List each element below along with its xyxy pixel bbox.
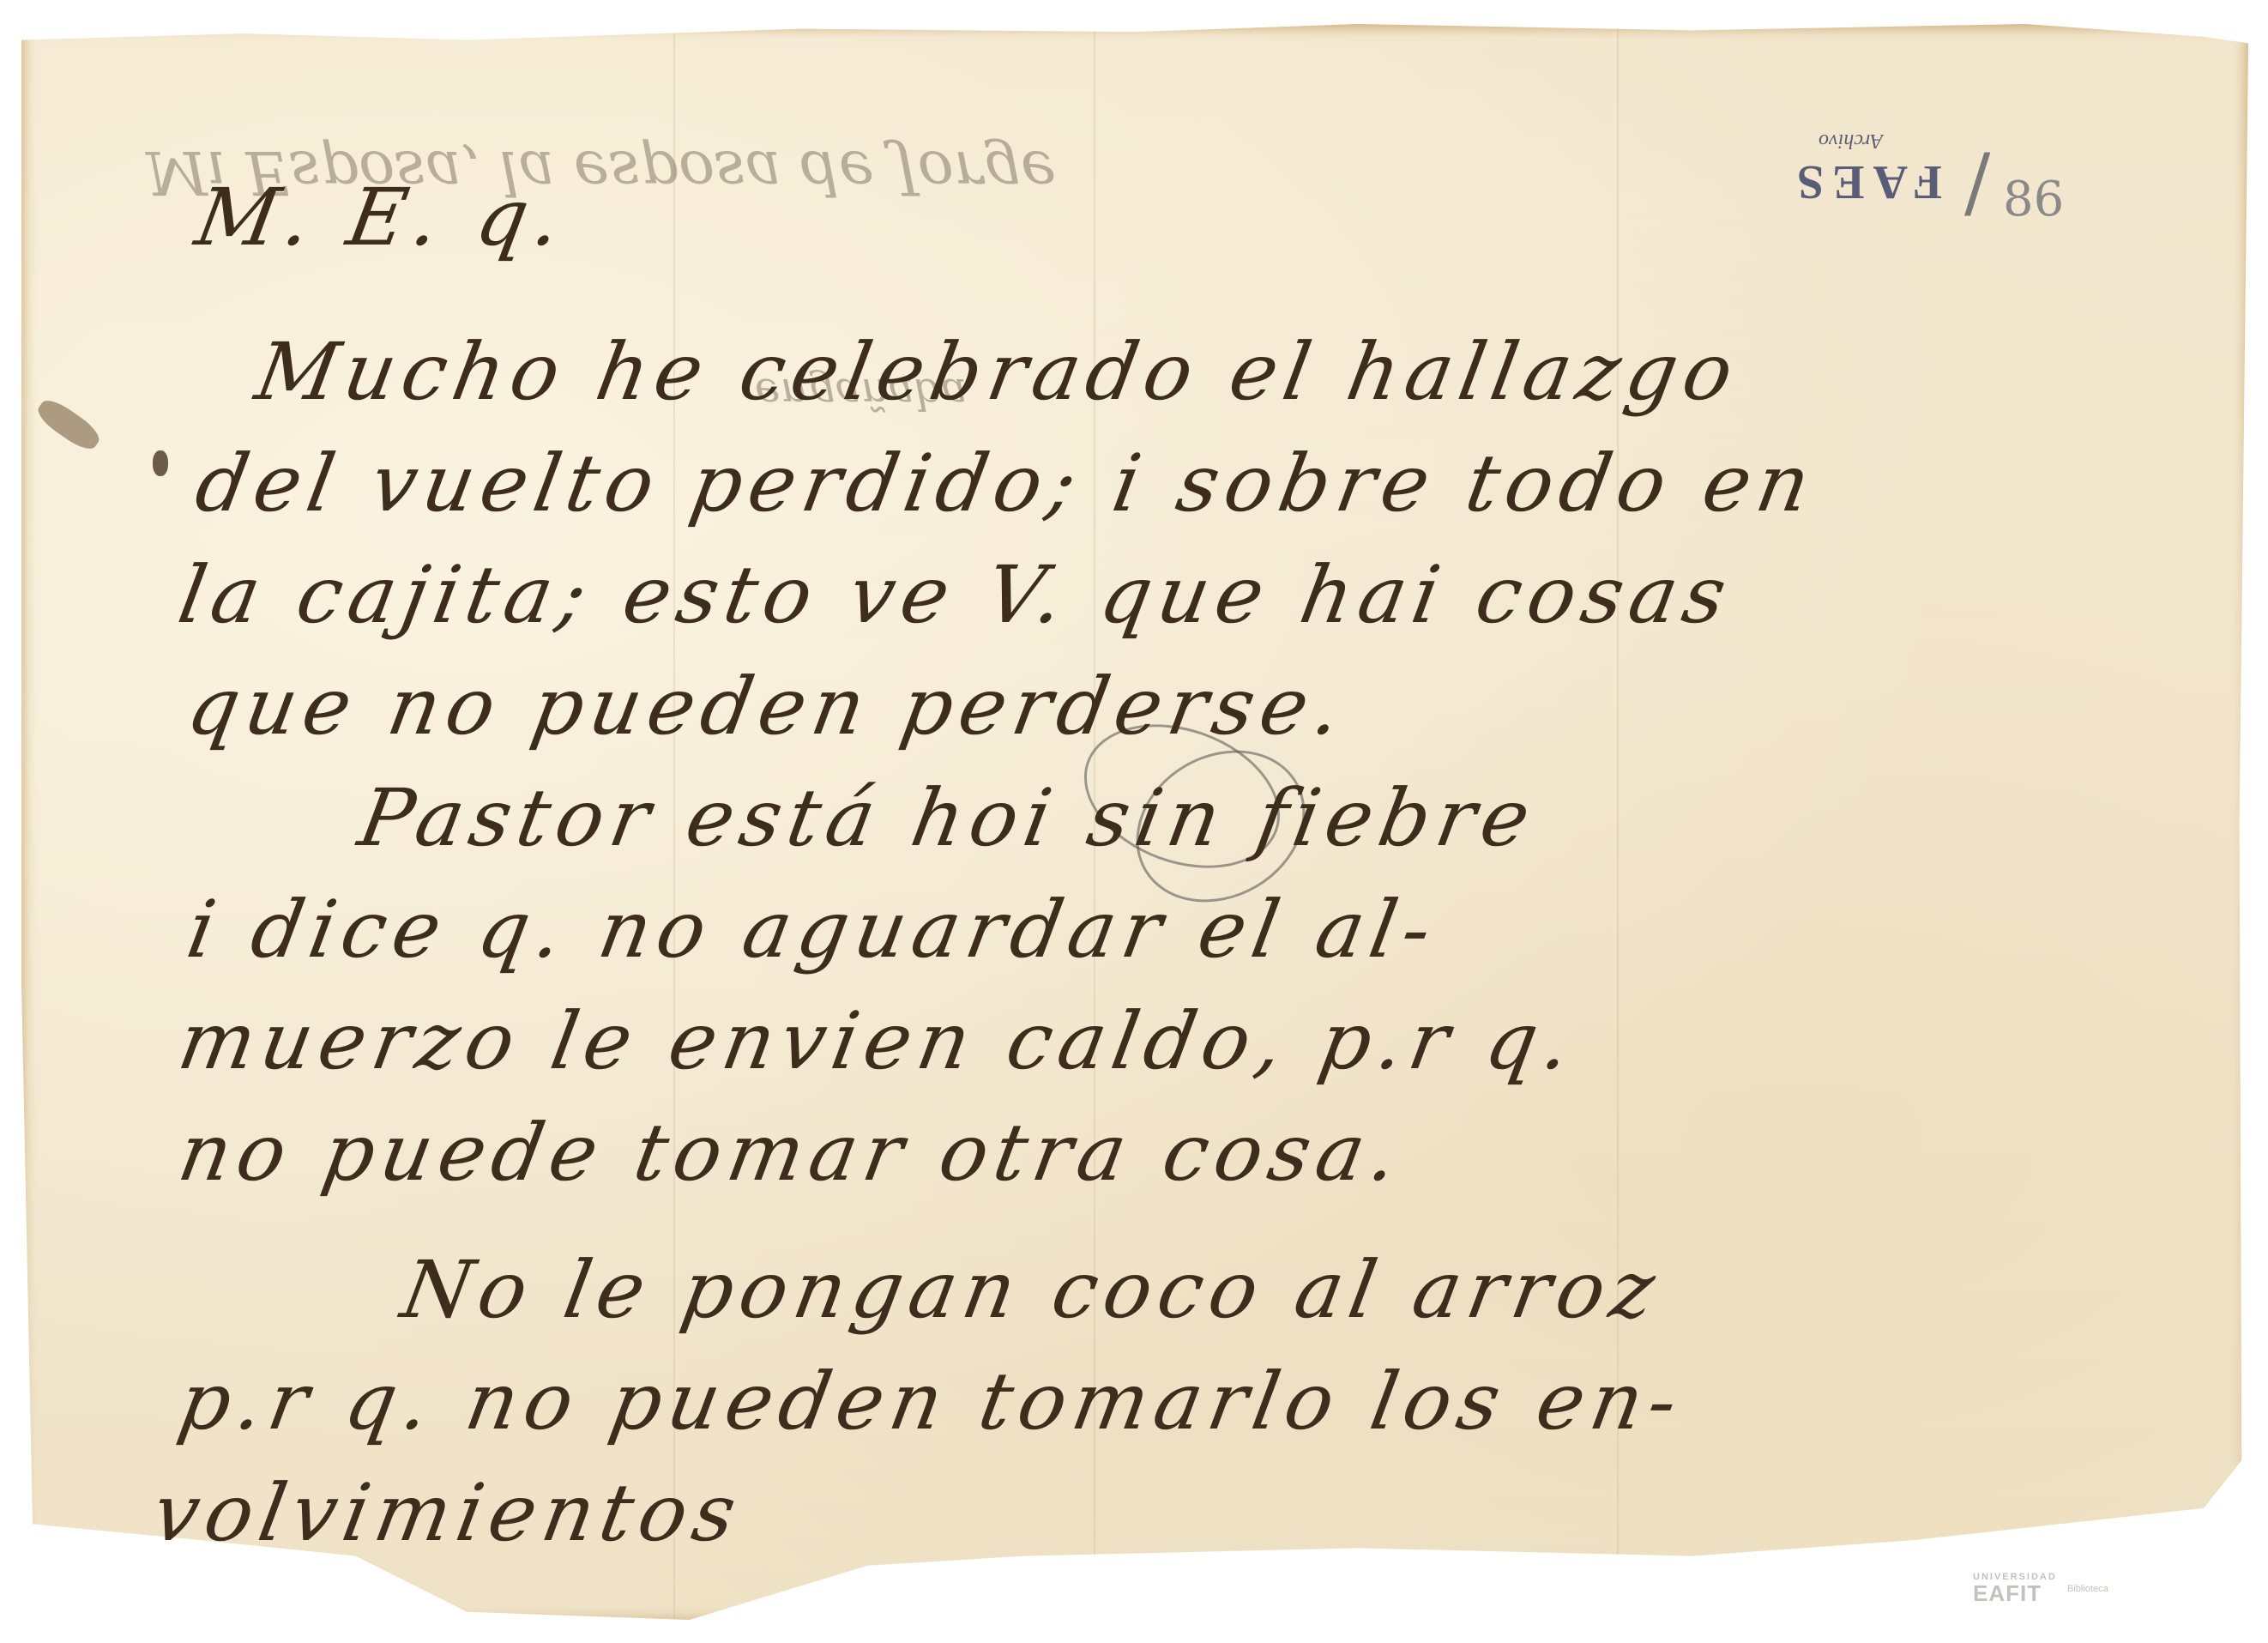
library-watermark: UNIVERSIDAD EAFIT Biblioteca <box>1973 1573 2057 1604</box>
letter-line: la cajita; esto ve V. que hai cosas <box>172 549 1740 641</box>
letter-line: del vuelto perdido; i sobre todo en <box>190 438 1824 529</box>
letter-line: i dice q. no aguardar el al- <box>181 884 1445 976</box>
archive-stamp-subtext: Archivo <box>1819 129 1883 152</box>
letter-line: no puede tomar otra cosa. <box>172 1107 1411 1199</box>
watermark-library: Biblioteca <box>2067 1585 2108 1594</box>
folio-slash: / <box>1964 137 1990 227</box>
letter-line: Mucho he celebrado el hallazgo <box>250 326 1746 418</box>
letter-line: No le pongan coco al arroz <box>395 1244 1668 1336</box>
letter-line: que no pueden perderse. <box>181 661 1355 752</box>
folio-number: 86 <box>2003 172 2064 227</box>
letter-line: p.r q. no pueden tomarlo los en- <box>172 1356 1691 1447</box>
letter-line: Pastor está hoi sin fiebre <box>353 772 1544 864</box>
letter-line: volvimientos <box>147 1467 750 1559</box>
watermark-brand: EAFIT <box>1973 1582 2057 1604</box>
archive-stamp: FAES <box>1788 154 1942 209</box>
letter-line: muerzo le envien caldo, p.r q. <box>172 995 1584 1087</box>
ink-blot <box>153 450 168 476</box>
letter-salutation: M. E. q. <box>190 172 575 263</box>
